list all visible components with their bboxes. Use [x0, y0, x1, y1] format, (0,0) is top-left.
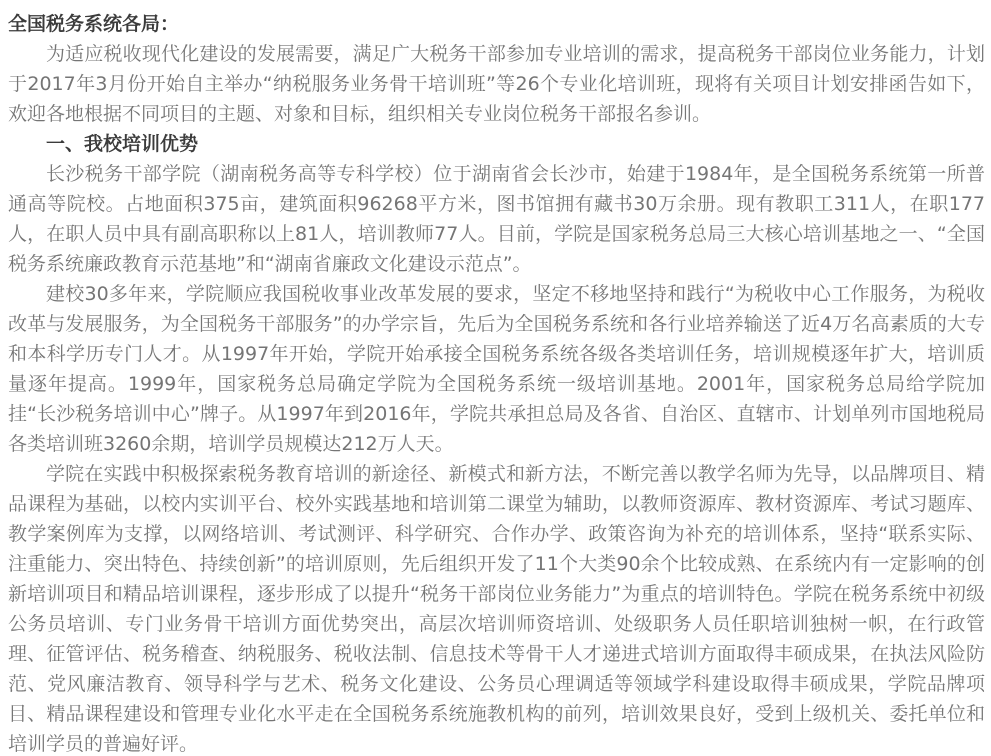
- paragraph-training-system: 学院在实践中积极探索税务教育培训的新途径、新模式和新方法，不断完善以教学名师为先…: [8, 459, 985, 756]
- paragraph-intro: 为适应税收现代化建设的发展需要，满足广大税务干部参加专业培训的需求，提高税务干部…: [8, 39, 985, 129]
- document-body: 全国税务系统各局： 为适应税收现代化建设的发展需要，满足广大税务干部参加专业培训…: [0, 0, 991, 756]
- section-heading-training-advantages: 一、我校培训优势: [8, 129, 985, 159]
- salutation: 全国税务系统各局：: [8, 9, 985, 39]
- paragraph-college-overview: 长沙税务干部学院（湖南税务高等专科学校）位于湖南省会长沙市，始建于1984年，是…: [8, 159, 985, 279]
- paragraph-college-history: 建校30多年来，学院顺应我国税收事业改革发展的要求，坚定不移地坚持和践行“为税收…: [8, 279, 985, 459]
